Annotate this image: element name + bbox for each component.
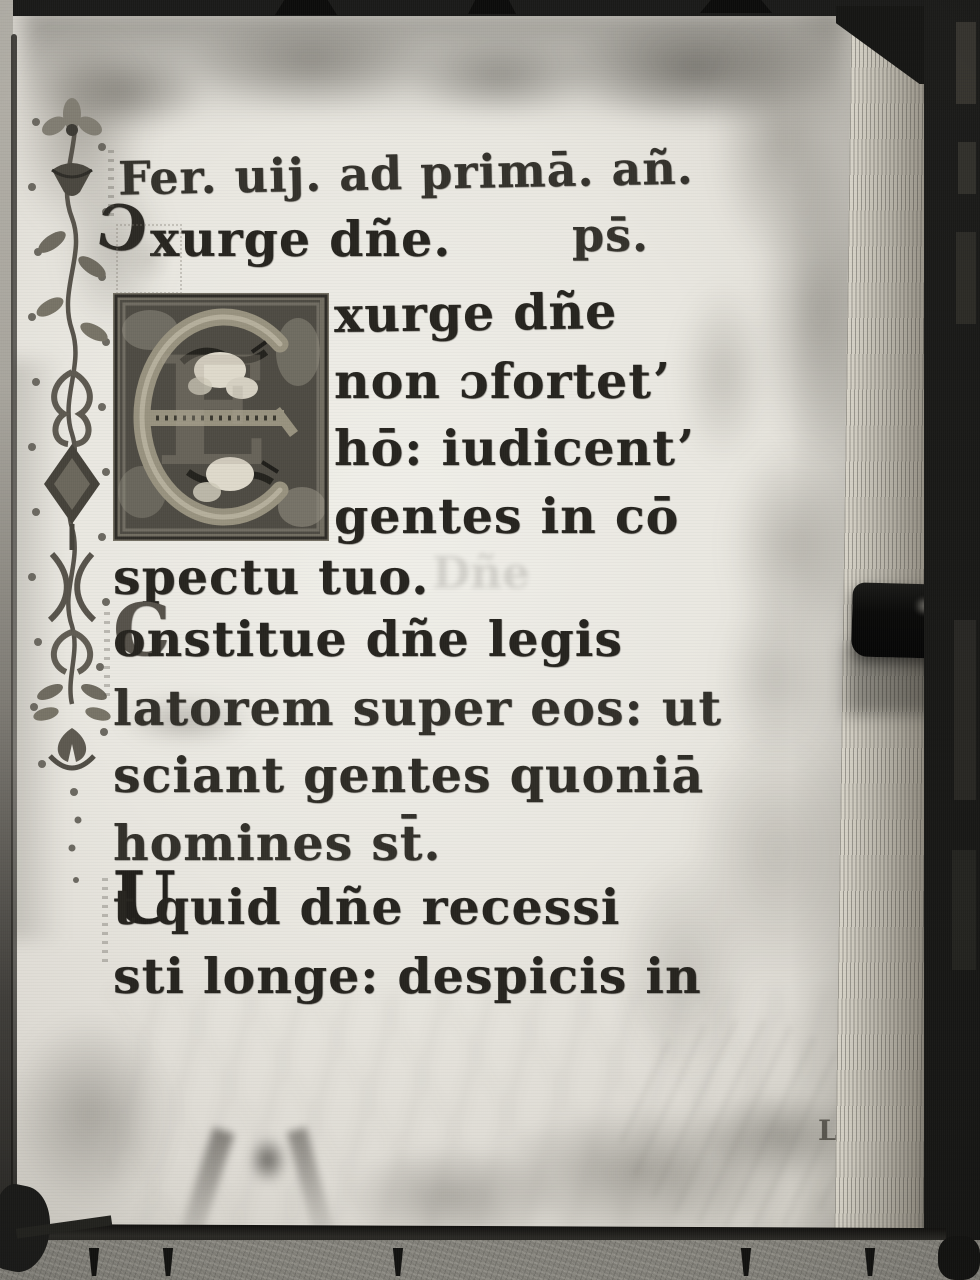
guide-letter-box	[116, 224, 182, 294]
text-line-text: t quid dñe recessi	[113, 878, 620, 936]
binding-edge-line	[11, 34, 17, 1234]
text-line: non ɔfortetʼ	[334, 352, 670, 410]
backdrop-highlight	[956, 232, 976, 324]
clasp-fitting	[938, 1236, 980, 1280]
text-line-text: sti longe: despicis in	[113, 947, 702, 1005]
rubric-line: Fer. uij. ad primā. añ.	[118, 140, 695, 205]
text-line-text: onstitue dñe legis	[113, 610, 623, 668]
backdrop-highlight	[958, 142, 976, 194]
text-line: hō: iudicentʼ	[334, 419, 694, 477]
backdrop-object	[468, 0, 516, 14]
backdrop-highlight	[952, 850, 976, 970]
text-line: gentes in cō	[334, 487, 679, 545]
illuminated-initial-panel: E	[112, 292, 330, 542]
pricking-dots	[108, 150, 114, 216]
pricking-dots	[102, 878, 108, 966]
pricking-dots	[104, 612, 110, 696]
antiphon-line: xurge dñe.	[150, 210, 451, 268]
backdrop-highlight	[954, 620, 976, 800]
backdrop-object	[275, 0, 337, 15]
backdrop-highlight	[956, 22, 976, 104]
carpet-surface	[0, 1240, 980, 1280]
initial-letter: E	[155, 324, 269, 500]
text-line-text: latorem super eos: ut	[113, 679, 722, 737]
ghost-text: Dñe	[432, 548, 530, 599]
psalm-abbreviation: ps̄.	[572, 208, 649, 262]
text-line: xurge dñe	[334, 282, 618, 344]
backdrop-object	[700, 0, 772, 13]
illuminated-initial-graphic: E	[112, 292, 330, 542]
text-line-text: sciant gentes quoniā	[113, 746, 704, 804]
photograph: E Fer. uij. ad primā. añ. Ɔ xurge dñe. p…	[0, 0, 980, 1280]
